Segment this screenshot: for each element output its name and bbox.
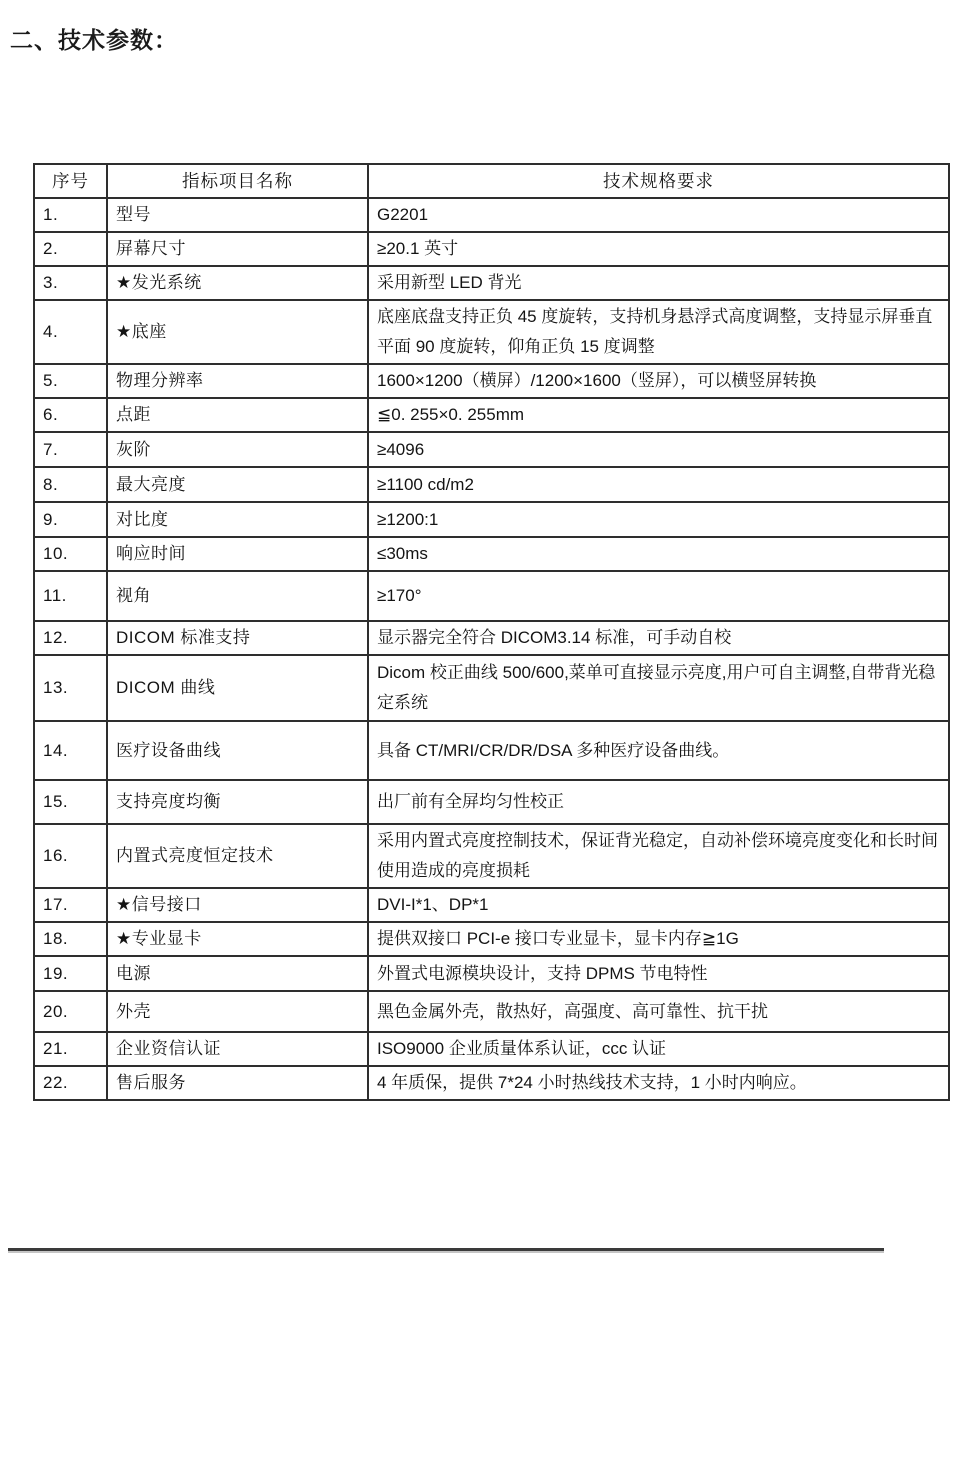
table-row: 22.售后服务4 年质保，提供 7*24 小时热线技术支持，1 小时内响应。 bbox=[34, 1066, 949, 1100]
item-name-cell: 物理分辨率 bbox=[107, 364, 368, 398]
table-row: 15.支持亮度均衡出厂前有全屏均匀性校正 bbox=[34, 780, 949, 824]
row-number-cell: 1. bbox=[34, 198, 107, 232]
spec-requirement-cell: G2201 bbox=[368, 198, 949, 232]
table-row: 12.DICOM 标准支持显示器完全符合 DICOM3.14 标准，可手动自校 bbox=[34, 621, 949, 655]
table-row: 8.最大亮度≥1100 cd/m2 bbox=[34, 467, 949, 502]
table-row: 18.★专业显卡提供双接口 PCI-e 接口专业显卡，显卡内存≧1G bbox=[34, 922, 949, 956]
item-name-cell: ★信号接口 bbox=[107, 888, 368, 922]
table-row: 7.灰阶≥4096 bbox=[34, 432, 949, 467]
table-row: 5.物理分辨率1600×1200（横屏）/1200×1600（竖屏），可以横竖屏… bbox=[34, 364, 949, 398]
spec-requirement-cell: 黑色金属外壳，散热好，高强度、高可靠性、抗干扰 bbox=[368, 991, 949, 1032]
item-name-cell: 视角 bbox=[107, 571, 368, 621]
spec-requirement-cell: 提供双接口 PCI-e 接口专业显卡，显卡内存≧1G bbox=[368, 922, 949, 956]
row-number-cell: 21. bbox=[34, 1032, 107, 1066]
item-name-cell: 对比度 bbox=[107, 502, 368, 537]
spec-requirement-cell: 1600×1200（横屏）/1200×1600（竖屏），可以横竖屏转换 bbox=[368, 364, 949, 398]
spec-requirement-cell: ≥20.1 英寸 bbox=[368, 232, 949, 266]
row-number-cell: 3. bbox=[34, 266, 107, 300]
row-number-cell: 17. bbox=[34, 888, 107, 922]
page-title: 二、技术参数： bbox=[10, 22, 178, 55]
row-number-cell: 22. bbox=[34, 1066, 107, 1100]
item-name-cell: DICOM 曲线 bbox=[107, 655, 368, 721]
row-number-cell: 2. bbox=[34, 232, 107, 266]
spec-requirement-cell: ≤30ms bbox=[368, 537, 949, 571]
row-number-cell: 9. bbox=[34, 502, 107, 537]
spec-requirement-cell: ≥170° bbox=[368, 571, 949, 621]
table-row: 6.点距≦0. 255×0. 255mm bbox=[34, 398, 949, 432]
spec-requirement-cell: DVI-I*1、DP*1 bbox=[368, 888, 949, 922]
item-name-cell: 型号 bbox=[107, 198, 368, 232]
header-spec-requirement: 技术规格要求 bbox=[368, 164, 949, 198]
table-row: 16.内置式亮度恒定技术采用内置式亮度控制技术，保证背光稳定，自动补偿环境亮度变… bbox=[34, 824, 949, 888]
row-number-cell: 6. bbox=[34, 398, 107, 432]
table-row: 2.屏幕尺寸≥20.1 英寸 bbox=[34, 232, 949, 266]
header-item-name: 指标项目名称 bbox=[107, 164, 368, 198]
row-number-cell: 12. bbox=[34, 621, 107, 655]
table-row: 13.DICOM 曲线Dicom 校正曲线 500/600,菜单可直接显示亮度,… bbox=[34, 655, 949, 721]
item-name-cell: 医疗设备曲线 bbox=[107, 721, 368, 780]
item-name-cell: ★专业显卡 bbox=[107, 922, 368, 956]
table-row: 14.医疗设备曲线具备 CT/MRI/CR/DR/DSA 多种医疗设备曲线。 bbox=[34, 721, 949, 780]
item-name-cell: 点距 bbox=[107, 398, 368, 432]
bottom-horizontal-rule bbox=[8, 1248, 884, 1251]
table-row: 20.外壳黑色金属外壳，散热好，高强度、高可靠性、抗干扰 bbox=[34, 991, 949, 1032]
table-row: 11.视角≥170° bbox=[34, 571, 949, 621]
row-number-cell: 13. bbox=[34, 655, 107, 721]
row-number-cell: 11. bbox=[34, 571, 107, 621]
spec-requirement-cell: 显示器完全符合 DICOM3.14 标准，可手动自校 bbox=[368, 621, 949, 655]
item-name-cell: 支持亮度均衡 bbox=[107, 780, 368, 824]
spec-requirement-cell: 底座底盘支持正负 45 度旋转，支持机身悬浮式高度调整，支持显示屏垂直平面 90… bbox=[368, 300, 949, 364]
table-row: 17.★信号接口DVI-I*1、DP*1 bbox=[34, 888, 949, 922]
header-serial-number: 序号 bbox=[34, 164, 107, 198]
spec-table: 序号 指标项目名称 技术规格要求 1.型号G22012.屏幕尺寸≥20.1 英寸… bbox=[33, 163, 950, 1101]
table-row: 3.★发光系统采用新型 LED 背光 bbox=[34, 266, 949, 300]
table-row: 9.对比度≥1200:1 bbox=[34, 502, 949, 537]
row-number-cell: 20. bbox=[34, 991, 107, 1032]
spec-requirement-cell: ≥1100 cd/m2 bbox=[368, 467, 949, 502]
spec-requirement-cell: 采用新型 LED 背光 bbox=[368, 266, 949, 300]
item-name-cell: 企业资信认证 bbox=[107, 1032, 368, 1066]
spec-requirement-cell: 外置式电源模块设计，支持 DPMS 节电特性 bbox=[368, 956, 949, 991]
spec-requirement-cell: 4 年质保，提供 7*24 小时热线技术支持，1 小时内响应。 bbox=[368, 1066, 949, 1100]
spec-requirement-cell: 具备 CT/MRI/CR/DR/DSA 多种医疗设备曲线。 bbox=[368, 721, 949, 780]
spec-requirement-cell: 出厂前有全屏均匀性校正 bbox=[368, 780, 949, 824]
spec-table-body: 1.型号G22012.屏幕尺寸≥20.1 英寸3.★发光系统采用新型 LED 背… bbox=[34, 198, 949, 1100]
spec-requirement-cell: 采用内置式亮度控制技术，保证背光稳定，自动补偿环境亮度变化和长时间使用造成的亮度… bbox=[368, 824, 949, 888]
row-number-cell: 7. bbox=[34, 432, 107, 467]
table-row: 10.响应时间≤30ms bbox=[34, 537, 949, 571]
row-number-cell: 8. bbox=[34, 467, 107, 502]
table-row: 4.★底座底座底盘支持正负 45 度旋转，支持机身悬浮式高度调整，支持显示屏垂直… bbox=[34, 300, 949, 364]
spec-requirement-cell: ≥1200:1 bbox=[368, 502, 949, 537]
row-number-cell: 14. bbox=[34, 721, 107, 780]
row-number-cell: 15. bbox=[34, 780, 107, 824]
row-number-cell: 10. bbox=[34, 537, 107, 571]
item-name-cell: ★底座 bbox=[107, 300, 368, 364]
item-name-cell: 响应时间 bbox=[107, 537, 368, 571]
item-name-cell: 电源 bbox=[107, 956, 368, 991]
table-row: 1.型号G2201 bbox=[34, 198, 949, 232]
table-row: 21.企业资信认证ISO9000 企业质量体系认证，ccc 认证 bbox=[34, 1032, 949, 1066]
item-name-cell: ★发光系统 bbox=[107, 266, 368, 300]
row-number-cell: 18. bbox=[34, 922, 107, 956]
table-row: 19.电源外置式电源模块设计，支持 DPMS 节电特性 bbox=[34, 956, 949, 991]
item-name-cell: 灰阶 bbox=[107, 432, 368, 467]
spec-requirement-cell: ≥4096 bbox=[368, 432, 949, 467]
item-name-cell: 最大亮度 bbox=[107, 467, 368, 502]
row-number-cell: 19. bbox=[34, 956, 107, 991]
document-page: { "page": { "title": "二、技术参数：" }, "table… bbox=[0, 0, 969, 1482]
table-header-row: 序号 指标项目名称 技术规格要求 bbox=[34, 164, 949, 198]
row-number-cell: 5. bbox=[34, 364, 107, 398]
row-number-cell: 16. bbox=[34, 824, 107, 888]
item-name-cell: 屏幕尺寸 bbox=[107, 232, 368, 266]
item-name-cell: DICOM 标准支持 bbox=[107, 621, 368, 655]
row-number-cell: 4. bbox=[34, 300, 107, 364]
item-name-cell: 内置式亮度恒定技术 bbox=[107, 824, 368, 888]
spec-requirement-cell: Dicom 校正曲线 500/600,菜单可直接显示亮度,用户可自主调整,自带背… bbox=[368, 655, 949, 721]
item-name-cell: 售后服务 bbox=[107, 1066, 368, 1100]
item-name-cell: 外壳 bbox=[107, 991, 368, 1032]
spec-requirement-cell: ≦0. 255×0. 255mm bbox=[368, 398, 949, 432]
spec-requirement-cell: ISO9000 企业质量体系认证，ccc 认证 bbox=[368, 1032, 949, 1066]
